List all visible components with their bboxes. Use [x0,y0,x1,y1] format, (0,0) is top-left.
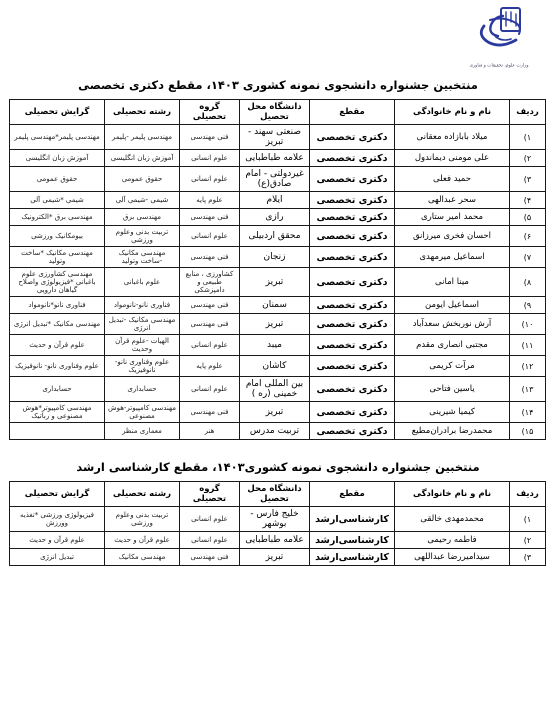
column-header: رشته تحصیلی [105,100,180,125]
column-header: ردیف [510,100,546,125]
table-cell: مهندسی پلیمر -پلیمر [105,125,180,150]
table-cell: میلاد بابازاده معقانی [395,125,510,150]
table-cell: دکتری تخصصی [310,150,395,167]
table-cell: مهندسی مکانیک [105,549,180,566]
table-cell: تبریز [240,314,310,335]
header-row: ردیفنام و نام خانوادگیمقطعدانشگاه محل تح… [10,482,546,507]
table-row: ۱۰)آرش نوربخش سعدآباددکتری تخصصیتبریزفنی… [10,314,546,335]
table-cell: معماری منظر [105,423,180,440]
table-cell: فنی مهندسی [180,549,240,566]
table-cell: علوم پایه [180,356,240,377]
table-cell: کاشان [240,356,310,377]
table-cell: مهندسی پلیمر*مهندسی پلیمر [10,125,105,150]
table-cell: علوم انسانی [180,532,240,549]
table-row: ۶)احسان فخری میرزانقدکتری تخصصیمحقق اردب… [10,226,546,247]
table-cell: تبریز [240,402,310,423]
table-cell: علوم پایه [180,192,240,209]
table-row: ۱۵)محمدرضا برادران‌مطیعدکتری تخصصیتربیت … [10,423,546,440]
table-cell: علامه طباطبایی [240,532,310,549]
table-cell: دکتری تخصصی [310,167,395,192]
masters-table-title: منتخبین جشنواره دانشجوی نمونه کشوری۱۴۰۳،… [10,460,546,474]
table-cell: بیومکانیک ورزشی [10,226,105,247]
table-cell: تبدیل انرژی [10,549,105,566]
table-cell: محمدرضا برادران‌مطیع [395,423,510,440]
column-header: دانشگاه محل تحصیل [240,482,310,507]
table-cell: اسماعیل ایومن [395,297,510,314]
table-cell: آرش نوربخش سعدآباد [395,314,510,335]
table-cell: فناوری نانو*نانومواد [10,297,105,314]
table-cell: حقوق عمومی [105,167,180,192]
table-cell: علوم انسانی [180,335,240,356]
table-cell: ۴) [510,192,546,209]
table-cell: یاسین فتاحی [395,377,510,402]
table-cell: مهندسی مکانیک -تبدیل انرژی [105,314,180,335]
table-cell: محمدمهدی خالقی [395,507,510,532]
table-cell: فنی مهندسی [180,247,240,268]
column-header: نام و نام خانوادگی [395,482,510,507]
table-cell: تربیت بدنی وعلوم ورزشی [105,226,180,247]
doctorate-table-head: ردیفنام و نام خانوادگیمقطعدانشگاه محل تح… [10,100,546,125]
table-cell: ۷) [510,247,546,268]
column-header: گرایش تحصیلی [10,100,105,125]
table-cell: فنی مهندسی [180,125,240,150]
table-cell: دکتری تخصصی [310,209,395,226]
doctorate-table-body: ۱)میلاد بابازاده معقانیدکتری تخصصیصنعتی … [10,125,546,440]
student-affairs-logo: وزارت علوم، تحقیقات و فناوری [460,6,538,69]
column-header: ردیف [510,482,546,507]
table-cell: دکتری تخصصی [310,314,395,335]
column-header: گروه تحصیلی [180,482,240,507]
table-cell: دکتری تخصصی [310,268,395,297]
table-row: ۲)فاطمه رحیمیکارشناسی‌ارشدعلامه طباطبایی… [10,532,546,549]
table-cell: دکتری تخصصی [310,226,395,247]
table-cell: تربیت مدرس [240,423,310,440]
table-cell: آموزش زبان انگلیسی [10,150,105,167]
document-page: وزارت علوم، تحقیقات و فناوری منتخبین جشن… [0,0,556,720]
table-cell: میبد [240,335,310,356]
column-header: نام و نام خانوادگی [395,100,510,125]
table-cell: دکتری تخصصی [310,297,395,314]
table-row: ۸)مینا امانیدکتری تخصصیتبریزکشاورزی ، من… [10,268,546,297]
masters-table-head: ردیفنام و نام خانوادگیمقطعدانشگاه محل تح… [10,482,546,507]
table-cell: مجتبی انصاری مقدم [395,335,510,356]
table-cell: ۲) [510,532,546,549]
table-cell: هنر [180,423,240,440]
table-cell: علوم قرآن و حدیث [105,532,180,549]
table-cell: حسابداری [105,377,180,402]
masters-table: ردیفنام و نام خانوادگیمقطعدانشگاه محل تح… [9,481,546,566]
table-cell: آموزش زبان انگلیسی [105,150,180,167]
table-cell: کارشناسی‌ارشد [310,532,395,549]
table-cell: کیمیا شیرینی [395,402,510,423]
table-cell: علوم انسانی [180,377,240,402]
table-row: ۱۴)کیمیا شیرینیدکتری تخصصیتبریزفنی مهندس… [10,402,546,423]
table-cell: الهیات -علوم قرآن وحدیث [105,335,180,356]
table-cell: خلیج فارس - بوشهر [240,507,310,532]
table-cell: دکتری تخصصی [310,402,395,423]
table-cell: دکتری تخصصی [310,125,395,150]
table-cell: شیمی -شیمی آلی [105,192,180,209]
table-cell: ۵) [510,209,546,226]
table-cell: ۱۲) [510,356,546,377]
table-cell: ۱۴) [510,402,546,423]
table-cell: صنعتی سهند - تبریز [240,125,310,150]
table-cell: مهندسی کامپیوتر-هوش مصنوعی [105,402,180,423]
header-row: ردیفنام و نام خانوادگیمقطعدانشگاه محل تح… [10,100,546,125]
table-cell: سمنان [240,297,310,314]
table-row: ۲)علی مومنی دیماندولدکتری تخصصیعلامه طبا… [10,150,546,167]
table-cell: مهندسی برق [105,209,180,226]
table-cell: علوم قرآن و حدیث [10,532,105,549]
table-cell: ۱۵) [510,423,546,440]
table-cell: دکتری تخصصی [310,423,395,440]
table-cell: فنی مهندسی [180,297,240,314]
table-cell: علی مومنی دیماندول [395,150,510,167]
table-cell: فاطمه رحیمی [395,532,510,549]
masters-table-body: ۱)محمدمهدی خالقیکارشناسی‌ارشدخلیج فارس -… [10,507,546,566]
table-cell: ۱) [510,125,546,150]
table-cell: ۸) [510,268,546,297]
table-cell: حقوق عمومی [10,167,105,192]
table-row: ۱۲)مرآت کریمیدکتری تخصصیکاشانعلوم پایهعل… [10,356,546,377]
table-row: ۵)محمد امیر ستاریدکتری تخصصیرازیفنی مهند… [10,209,546,226]
table-cell: فیزیولوژی ورزشی *تغذیه وورزش [10,507,105,532]
table-row: ۹)اسماعیل ایومندکتری تخصصیسمنانفنی مهندس… [10,297,546,314]
table-cell: ۱۳) [510,377,546,402]
column-header: گروه تحصیلی [180,100,240,125]
table-cell: علوم انسانی [180,150,240,167]
table-cell: مهندسی مکانیک -ساخت وتولید [105,247,180,268]
table-row: ۷)اسماعیل میرمهدیدکتری تخصصیزنجانفنی مهن… [10,247,546,268]
table-cell: علوم انسانی [180,167,240,192]
table-cell: احسان فخری میرزانق [395,226,510,247]
table-cell: دکتری تخصصی [310,192,395,209]
table-cell: علوم انسانی [180,507,240,532]
table-row: ۱)محمدمهدی خالقیکارشناسی‌ارشدخلیج فارس -… [10,507,546,532]
table-cell: کارشناسی‌ارشد [310,507,395,532]
table-cell: دکتری تخصصی [310,247,395,268]
table-cell: زنجان [240,247,310,268]
table-cell: مهندسی کامپیوتر*هوش مصنوعی و رباتیک [10,402,105,423]
column-header: دانشگاه محل تحصیل [240,100,310,125]
doctorate-table-title: منتخبین جشنواره دانشجوی نمونه کشوری ۱۴۰۳… [10,78,546,92]
table-cell: ایلام [240,192,310,209]
table-cell: دکتری تخصصی [310,377,395,402]
table-row: ۳)حمید فعلیدکتری تخصصیغیردولتی - امام صا… [10,167,546,192]
table-cell: علوم وفناوری نانو- نانوفیزیک [10,356,105,377]
column-header: مقطع [310,482,395,507]
table-cell: ۳) [510,549,546,566]
table-row: ۱)میلاد بابازاده معقانیدکتری تخصصیصنعتی … [10,125,546,150]
table-cell: شیمی *شیمی آلی [10,192,105,209]
table-cell: فنی مهندسی [180,314,240,335]
table-cell: فنی مهندسی [180,402,240,423]
table-cell: مهندسی مکانیک *ساخت وتولید [10,247,105,268]
table-cell [10,423,105,440]
table-cell: تبریز [240,268,310,297]
table-cell: ۱) [510,507,546,532]
table-cell: علوم باغبانی [105,268,180,297]
table-cell: ۱۱) [510,335,546,356]
table-cell: کشاورزی ، منابع طبیعی و دامپزشکی [180,268,240,297]
table-cell: محقق اردبیلی [240,226,310,247]
table-cell: مهندسی کشاورزی علوم باغبانی *فیزیولوژی و… [10,268,105,297]
table-cell: بین المللی امام خمینی (ره ) [240,377,310,402]
table-cell: دکتری تخصصی [310,335,395,356]
table-cell: اسماعیل میرمهدی [395,247,510,268]
table-row: ۱۳)یاسین فتاحیدکتری تخصصیبین المللی امام… [10,377,546,402]
table-cell: سحر عبدالهی [395,192,510,209]
table-cell: مرآت کریمی [395,356,510,377]
table-row: ۴)سحر عبدالهیدکتری تخصصیایلامعلوم پایهشی… [10,192,546,209]
table-cell: مهندسی مکانیک *تبدیل انرژی [10,314,105,335]
table-cell: فنی مهندسی [180,209,240,226]
student-affairs-emblem-icon [470,6,528,58]
table-cell: فناوری نانو-نانومواد [105,297,180,314]
doctorate-table: ردیفنام و نام خانوادگیمقطعدانشگاه محل تح… [9,99,546,440]
table-cell: رازی [240,209,310,226]
table-cell: علوم انسانی [180,226,240,247]
table-row: ۱۱)مجتبی انصاری مقدمدکتری تخصصیمیبدعلوم … [10,335,546,356]
table-cell: ۳) [510,167,546,192]
table-cell: ۲) [510,150,546,167]
table-cell: حسابداری [10,377,105,402]
table-cell: کارشناسی‌ارشد [310,549,395,566]
table-cell: غیردولتی - امام صادق(ع) [240,167,310,192]
column-header: مقطع [310,100,395,125]
table-row: ۳)سیدامیررضا عبداللهیکارشناسی‌ارشدتبریزف… [10,549,546,566]
table-cell: محمد امیر ستاری [395,209,510,226]
table-cell: مینا امانی [395,268,510,297]
column-header: رشته تحصیلی [105,482,180,507]
table-cell: ۶) [510,226,546,247]
column-header: گرایش تحصیلی [10,482,105,507]
table-cell: دکتری تخصصی [310,356,395,377]
table-cell: سیدامیررضا عبداللهی [395,549,510,566]
logo-caption: وزارت علوم، تحقیقات و فناوری [464,63,534,68]
table-cell: ۱۰) [510,314,546,335]
table-cell: تربیت بدنی وعلوم ورزشی [105,507,180,532]
table-cell: تبریز [240,549,310,566]
table-cell: علوم وفناوری نانو-نانوفیزیک [105,356,180,377]
table-cell: حمید فعلی [395,167,510,192]
table-cell: علامه طباطبایی [240,150,310,167]
table-cell: ۹) [510,297,546,314]
table-cell: مهندسی برق *الکترونیک [10,209,105,226]
table-cell: علوم قرآن و حدیث [10,335,105,356]
